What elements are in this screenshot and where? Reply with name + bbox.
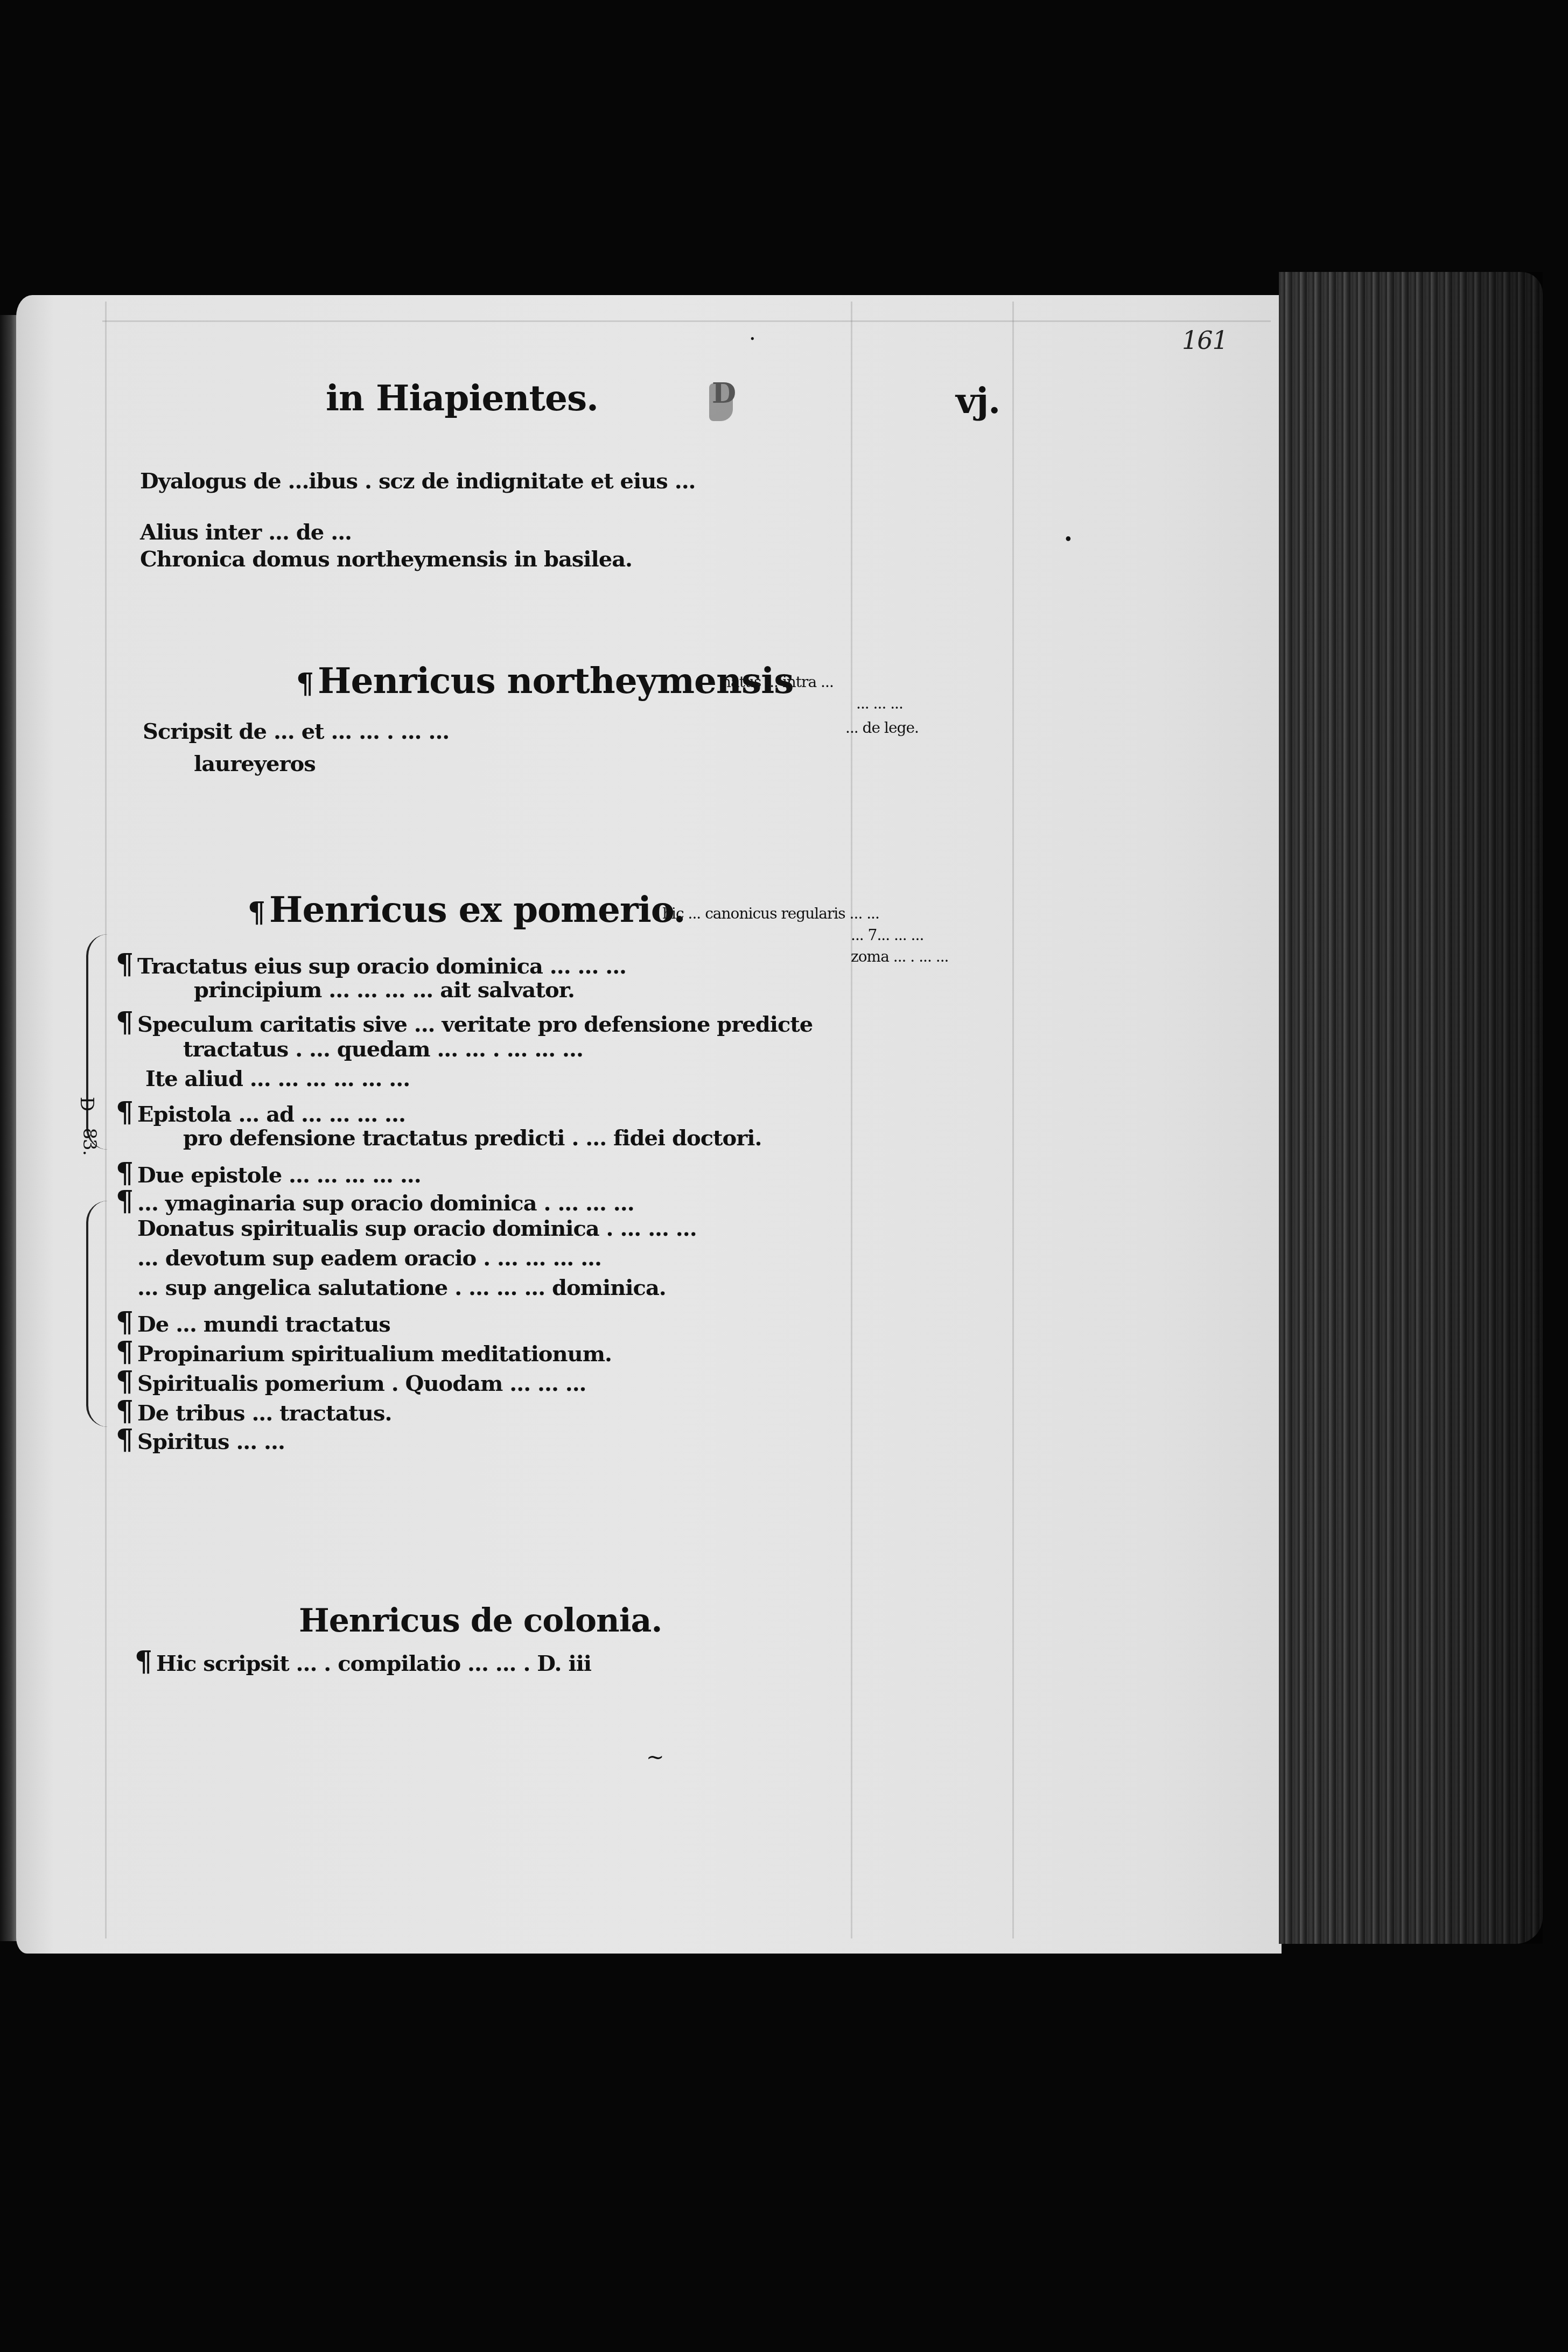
section-2-line-4: tractatus . ... quedam ... ... . ... ...… <box>183 1037 583 1062</box>
book-fore-edge <box>1279 272 1543 1944</box>
ruling-top <box>102 320 1271 322</box>
section-2-line-6: ¶Epistola ... ad ... ... ... ... <box>116 1096 405 1129</box>
section-2-line-15: ¶Spiritualis pomerium . Quodam ... ... .… <box>116 1365 586 1398</box>
section-2-line-5: Ite aliud ... ... ... ... ... ... <box>145 1066 410 1091</box>
folio-number: 161 <box>1182 326 1228 355</box>
section-3-heading: Henricus de colonia. <box>299 1602 662 1640</box>
pilcrow-icon: ¶ <box>296 667 313 700</box>
pilcrow-icon: ¶ <box>116 1335 133 1368</box>
section-3-line-1: ¶Hic scripsit ... . compilatio ... ... .… <box>135 1645 591 1678</box>
section-1-annotation-2: ... ... ... <box>856 695 903 712</box>
section-2-heading: ¶Henricus ex pomerio. <box>248 888 685 930</box>
section-1-annotation-1: natus ... intra ... <box>722 673 834 691</box>
running-heading-title: in Hiapientes. <box>326 377 598 419</box>
section-2-line-2: principium ... ... ... ... ait salvator. <box>194 977 575 1003</box>
pilcrow-icon: ¶ <box>116 1306 133 1339</box>
book-gutter-shadow <box>0 315 18 1941</box>
section-2-line-12: ... sup angelica salutatione . ... ... .… <box>137 1275 666 1300</box>
section-2-heading-text: Henricus ex pomerio. <box>269 888 685 930</box>
section-1-line-1: Scripsit de ... et ... ... . ... ... <box>143 719 449 744</box>
pilcrow-icon: ¶ <box>116 1395 133 1427</box>
ruling-vertical-mid <box>851 302 852 1938</box>
pilcrow-icon: ¶ <box>116 1423 133 1456</box>
pilcrow-icon: ¶ <box>135 1645 152 1678</box>
section-2-annotation-3: zoma ... . ... ... <box>851 948 948 965</box>
opening-entry-2: Alius inter ... de ... <box>140 520 352 545</box>
ruling-vertical-right <box>1012 302 1014 1938</box>
ink-dot: • <box>1063 530 1073 549</box>
pilcrow-icon: ¶ <box>116 1096 133 1129</box>
section-2-line-10: Donatus spiritualis sup oracio dominica … <box>137 1216 697 1241</box>
section-2-line-1: ¶Tractatus eius sup oracio dominica ... … <box>116 948 626 981</box>
pen-mark: ~ <box>646 1745 664 1769</box>
opening-entry-3: Chronica domus northeymensis in basilea. <box>140 547 632 572</box>
section-1-line-2: laureyeros <box>194 751 316 776</box>
margin-note-number: 83. <box>79 1128 100 1155</box>
section-2-line-11: ... devotum sup eadem oracio . ... ... .… <box>137 1245 601 1271</box>
margin-bracket-upper <box>86 934 110 1150</box>
margin-note-letter: D <box>76 1097 97 1111</box>
pilcrow-icon: ¶ <box>116 1185 133 1217</box>
opening-entry-1: Dyalogus de ...ibus . scz de indignitate… <box>140 468 695 494</box>
margin-bracket-lower <box>86 1201 110 1427</box>
section-2-line-9: ¶... ymaginaria sup oracio dominica . ..… <box>116 1185 634 1217</box>
section-2-annotation-2: ... 7... ... ... <box>851 926 923 944</box>
section-2-line-7: pro defensione tractatus predicti . ... … <box>183 1125 761 1151</box>
section-1-annotation-3: ... de lege. <box>845 719 919 737</box>
section-numeral: vj. <box>956 380 1000 422</box>
pilcrow-icon: ¶ <box>248 896 265 929</box>
section-2-line-17: ¶Spiritus ... ... <box>116 1423 285 1456</box>
initial-mark: D <box>712 377 736 410</box>
pilcrow-icon: ¶ <box>116 948 133 981</box>
section-2-annotation-1: hic ... canonicus regularis ... ... <box>662 905 879 922</box>
pilcrow-icon: ¶ <box>116 1006 133 1039</box>
section-2-line-16: ¶De tribus ... tractatus. <box>116 1395 391 1427</box>
section-2-line-14: ¶Propinarium spiritualium meditationum. <box>116 1335 612 1368</box>
section-2-line-13: ¶De ... mundi tractatus <box>116 1306 390 1339</box>
pilcrow-icon: ¶ <box>116 1365 133 1398</box>
section-2-line-3: ¶Speculum caritatis sive ... veritate pr… <box>116 1006 813 1039</box>
ink-dot: • <box>750 334 755 345</box>
section-1-heading: ¶Henricus northeymensis <box>296 660 793 702</box>
